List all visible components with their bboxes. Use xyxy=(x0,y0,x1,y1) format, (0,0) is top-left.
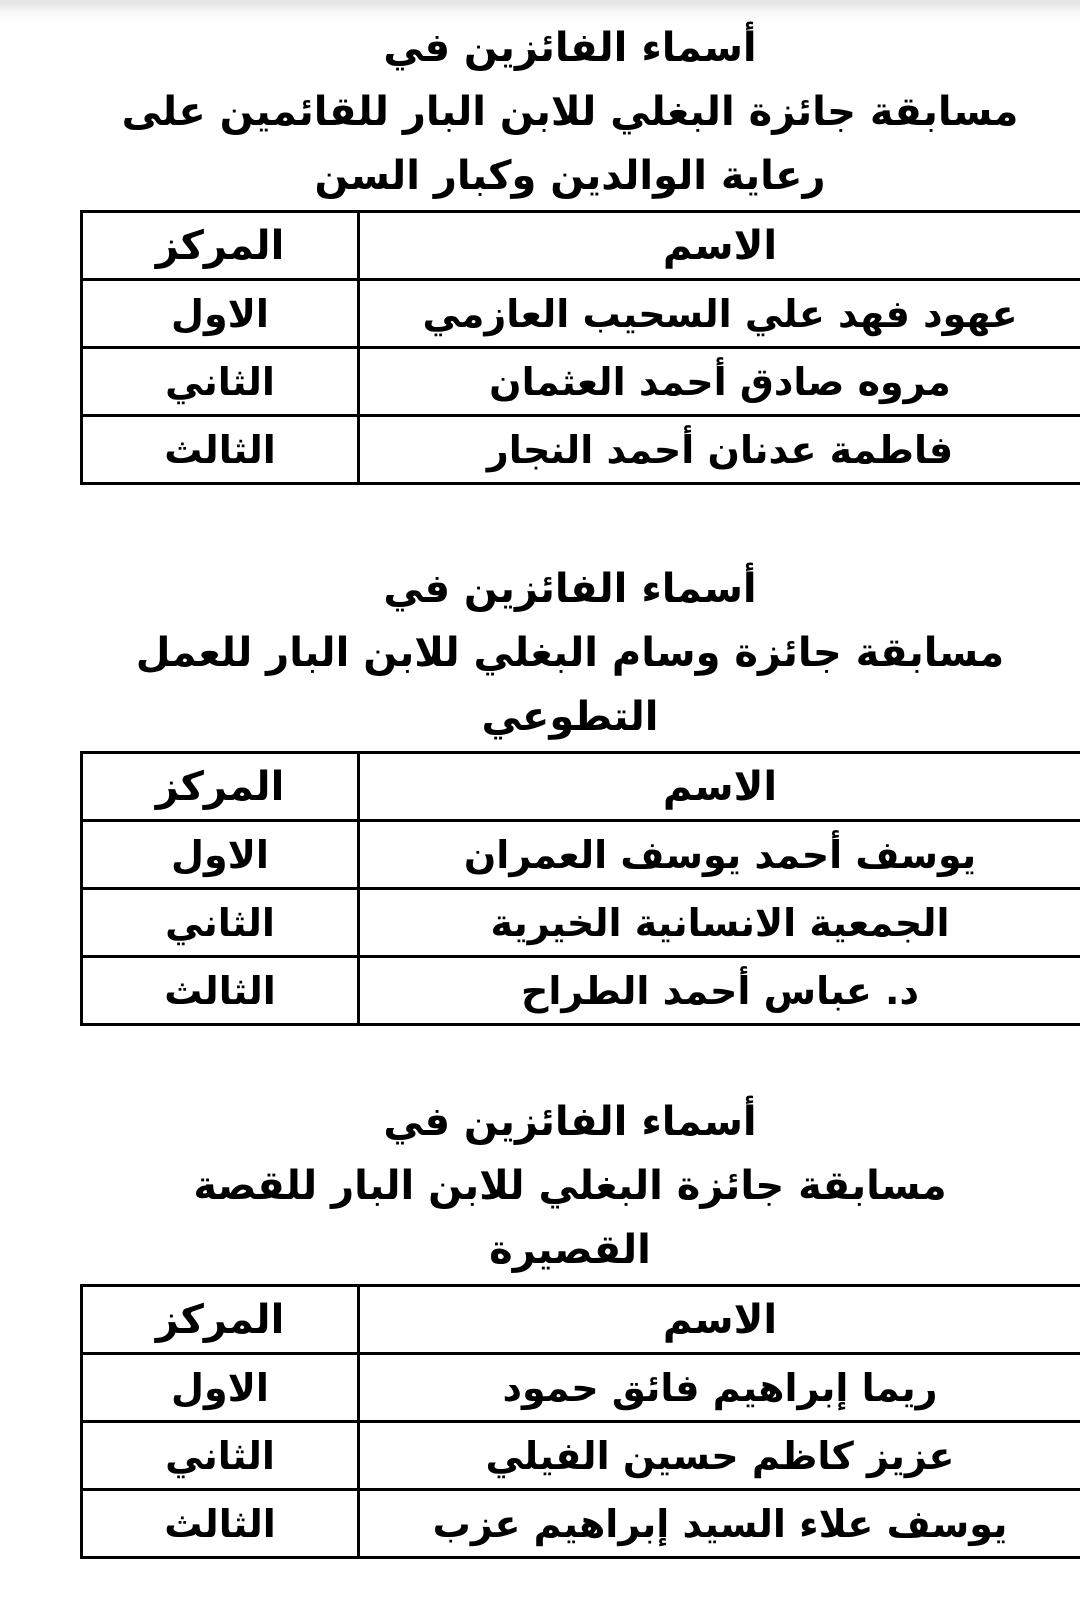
name-column-header: الاسم xyxy=(359,212,1080,280)
document-page: أسماء الفائزين في مسابقة جائزة البغلي لل… xyxy=(0,0,1080,1600)
table-header-row: المركز الاسم xyxy=(82,212,1080,280)
rank-cell: الثاني xyxy=(82,348,359,416)
section-title-line: مسابقة جائزة البغلي للابن البار للقائمين… xyxy=(60,80,1080,144)
name-cell: فاطمة عدنان أحمد النجار xyxy=(359,416,1080,484)
rank-column-header: المركز xyxy=(82,1286,359,1354)
name-column-header: الاسم xyxy=(359,753,1080,821)
rank-cell: الثالث xyxy=(82,957,359,1025)
name-cell: عزيز كاظم حسين الفيلي xyxy=(359,1422,1080,1490)
document-body: أسماء الفائزين في مسابقة جائزة البغلي لل… xyxy=(0,0,1080,1559)
name-cell: يوسف علاء السيد إبراهيم عزب xyxy=(359,1490,1080,1558)
name-cell: عهود فهد علي السحيب العازمي xyxy=(359,280,1080,348)
section-title-line: أسماء الفائزين في xyxy=(60,557,1080,621)
name-cell: يوسف أحمد يوسف العمران xyxy=(359,821,1080,889)
section-title-line: أسماء الفائزين في xyxy=(60,16,1080,80)
winners-table: المركز الاسم الاول عهود فهد علي السحيب ا… xyxy=(80,210,1080,485)
winners-table: المركز الاسم الاول يوسف أحمد يوسف العمرا… xyxy=(80,751,1080,1026)
rank-cell: الثالث xyxy=(82,1490,359,1558)
winners-section-volunteer-work: أسماء الفائزين في مسابقة جائزة وسام البغ… xyxy=(0,557,1080,1026)
rank-cell: الاول xyxy=(82,821,359,889)
winners-table: المركز الاسم الاول ريما إبراهيم فائق حمو… xyxy=(80,1284,1080,1559)
table-header-row: المركز الاسم xyxy=(82,1286,1080,1354)
section-title-line: التطوعي xyxy=(60,685,1080,749)
table-row: الثاني الجمعية الانسانية الخيرية xyxy=(82,889,1080,957)
table-row: الاول يوسف أحمد يوسف العمران xyxy=(82,821,1080,889)
name-cell: ريما إبراهيم فائق حمود xyxy=(359,1354,1080,1422)
section-title-line: رعاية الوالدين وكبار السن xyxy=(60,144,1080,208)
section-title-line: أسماء الفائزين في xyxy=(60,1090,1080,1154)
table-row: الاول ريما إبراهيم فائق حمود xyxy=(82,1354,1080,1422)
table-row: الثالث يوسف علاء السيد إبراهيم عزب xyxy=(82,1490,1080,1558)
section-title-line: القصيرة xyxy=(60,1218,1080,1282)
section-title-line: مسابقة جائزة وسام البغلي للابن البار للع… xyxy=(60,621,1080,685)
section-title: أسماء الفائزين في مسابقة جائزة البغلي لل… xyxy=(60,16,1080,208)
table-row: الاول عهود فهد علي السحيب العازمي xyxy=(82,280,1080,348)
table-row: الثاني عزيز كاظم حسين الفيلي xyxy=(82,1422,1080,1490)
section-title-line: مسابقة جائزة البغلي للابن البار للقصة xyxy=(60,1154,1080,1218)
rank-column-header: المركز xyxy=(82,212,359,280)
name-cell: د. عباس أحمد الطراح xyxy=(359,957,1080,1025)
table-row: الثالث فاطمة عدنان أحمد النجار xyxy=(82,416,1080,484)
rank-cell: الثاني xyxy=(82,889,359,957)
section-title: أسماء الفائزين في مسابقة جائزة وسام البغ… xyxy=(60,557,1080,749)
rank-column-header: المركز xyxy=(82,753,359,821)
table-row: الثاني مروه صادق أحمد العثمان xyxy=(82,348,1080,416)
winners-section-parents-care: أسماء الفائزين في مسابقة جائزة البغلي لل… xyxy=(0,16,1080,485)
table-header-row: المركز الاسم xyxy=(82,753,1080,821)
section-title: أسماء الفائزين في مسابقة جائزة البغلي لل… xyxy=(60,1090,1080,1282)
rank-cell: الثاني xyxy=(82,1422,359,1490)
rank-cell: الاول xyxy=(82,1354,359,1422)
table-row: الثالث د. عباس أحمد الطراح xyxy=(82,957,1080,1025)
name-cell: الجمعية الانسانية الخيرية xyxy=(359,889,1080,957)
winners-section-short-story: أسماء الفائزين في مسابقة جائزة البغلي لل… xyxy=(0,1090,1080,1559)
name-column-header: الاسم xyxy=(359,1286,1080,1354)
rank-cell: الثالث xyxy=(82,416,359,484)
name-cell: مروه صادق أحمد العثمان xyxy=(359,348,1080,416)
rank-cell: الاول xyxy=(82,280,359,348)
